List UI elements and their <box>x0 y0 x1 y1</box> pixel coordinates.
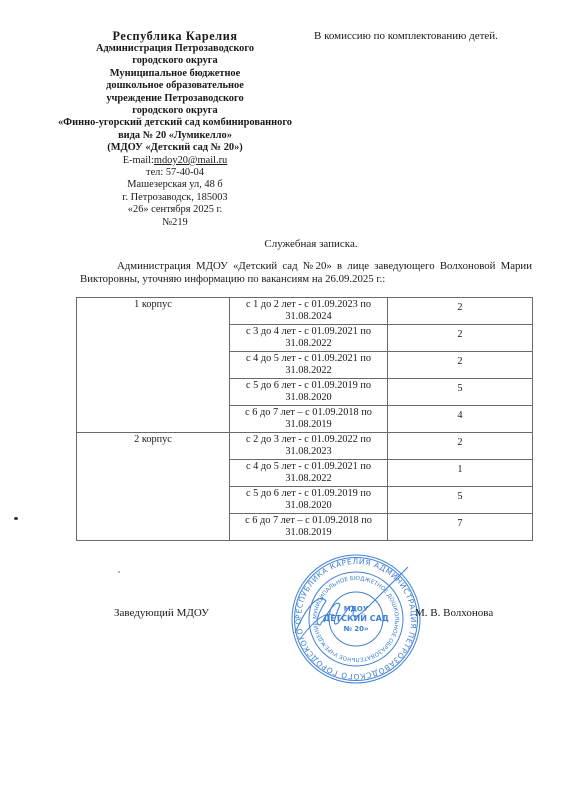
age-group-cell: с 3 до 4 лет - с 01.09.2021 по 31.08.202… <box>230 325 388 352</box>
scan-artifact <box>118 571 120 573</box>
vacancy-count-cell: 7 <box>388 514 533 541</box>
letterhead-line: городского округа <box>50 55 300 67</box>
age-group-cell: с 4 до 5 лет - с 01.09.2021 по 31.08.202… <box>230 460 388 487</box>
vacancy-count-cell: 4 <box>388 406 533 433</box>
svg-text:ДЕТСКИЙ САД: ДЕТСКИЙ САД <box>323 612 389 623</box>
letterhead-line: Администрация Петрозаводского <box>50 43 300 55</box>
document-title: Служебная записка. <box>0 238 582 250</box>
letterhead-line: Муниципальное бюджетное <box>50 68 300 80</box>
vacancy-count-cell: 2 <box>388 352 533 379</box>
svg-text:№ 20»: № 20» <box>343 625 368 633</box>
age-group-cell: с 6 до 7 лет – с 01.09.2018 по 31.08.201… <box>230 514 388 541</box>
letterhead-line: (МДОУ «Детский сад № 20») <box>50 142 300 154</box>
email-link[interactable]: mdoy20@mail.ru <box>154 155 227 166</box>
building-cell: 1 корпус <box>77 298 230 433</box>
vacancy-table: 1 корпусс 1 до 2 лет - с 01.09.2023 по 3… <box>76 297 533 541</box>
vacancy-count-cell: 2 <box>388 298 533 325</box>
letterhead-number: №219 <box>50 217 300 229</box>
scan-artifact <box>14 517 18 520</box>
vacancy-count-cell: 5 <box>388 487 533 514</box>
organization-letterhead: Республика Карелия Администрация Петроза… <box>50 30 300 229</box>
signature-role: Заведующий МДОУ <box>114 607 209 619</box>
letterhead-line: городского округа <box>50 105 300 117</box>
letterhead-line: «Финно-угорский детский сад комбинирован… <box>30 117 320 129</box>
letterhead-street: Машезерская ул, 48 б <box>50 179 300 191</box>
addressee: В комиссию по комплектованию детей. <box>314 30 498 42</box>
letterhead-line: вида № 20 «Лумикелло» <box>50 130 300 142</box>
document-page: Республика Карелия Администрация Петроза… <box>0 0 582 800</box>
table-row: 1 корпусс 1 до 2 лет - с 01.09.2023 по 3… <box>77 298 533 325</box>
age-group-cell: с 4 до 5 лет - с 01.09.2021 по 31.08.202… <box>230 352 388 379</box>
vacancy-count-cell: 2 <box>388 325 533 352</box>
age-group-cell: с 5 до 6 лет - с 01.09.2019 по 31.08.202… <box>230 487 388 514</box>
vacancy-count-cell: 5 <box>388 379 533 406</box>
official-stamp-icon: РЕСПУБЛИКА КАРЕЛИЯ АДМИНИСТРАЦИЯ ПЕТРОЗА… <box>290 553 422 685</box>
age-group-cell: с 5 до 6 лет - с 01.09.2019 по 31.08.202… <box>230 379 388 406</box>
letterhead-republic: Республика Карелия <box>50 30 300 43</box>
letterhead-email: E-mail:mdoy20@mail.ru <box>50 155 300 167</box>
vacancy-count-cell: 1 <box>388 460 533 487</box>
age-group-cell: с 6 до 7 лет – с 01.09.2018 по 31.08.201… <box>230 406 388 433</box>
vacancy-count-cell: 2 <box>388 433 533 460</box>
letterhead-line: учреждение Петрозаводского <box>50 93 300 105</box>
letterhead-city: г. Петрозаводск, 185003 <box>50 192 300 204</box>
email-label: E-mail: <box>123 155 154 166</box>
intro-paragraph: Администрация МДОУ «Детский сад №20» в л… <box>80 260 532 286</box>
signature-name: М. В. Волхонова <box>415 607 493 619</box>
table-row: 2 корпусс 2 до 3 лет - с 01.09.2022 по 3… <box>77 433 533 460</box>
age-group-cell: с 1 до 2 лет - с 01.09.2023 по 31.08.202… <box>230 298 388 325</box>
letterhead-date: «26» сентября 2025 г. <box>50 204 300 216</box>
letterhead-line: дошкольное образовательное <box>50 80 300 92</box>
building-cell: 2 корпус <box>77 433 230 541</box>
letterhead-phone: тел: 57-40-04 <box>50 167 300 179</box>
age-group-cell: с 2 до 3 лет - с 01.09.2022 по 31.08.202… <box>230 433 388 460</box>
